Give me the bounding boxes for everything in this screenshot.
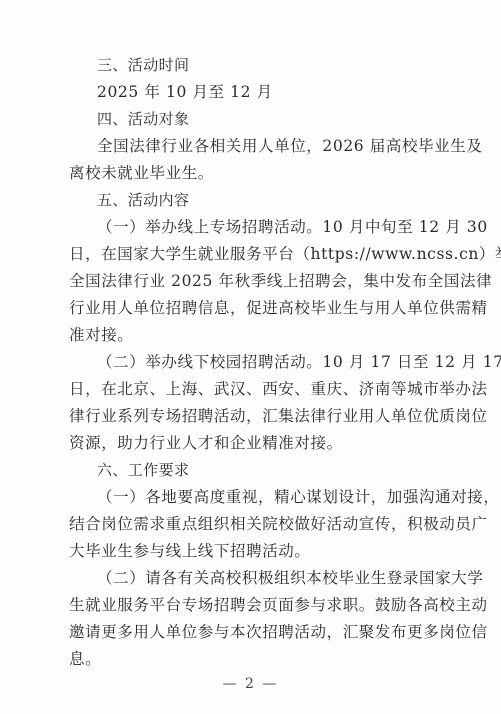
section-heading-content: 五、活动内容	[97, 190, 189, 210]
content-p1-line: 日，在国家大学生就业服务平台（https://www.ncss.cn）举办	[69, 244, 433, 264]
time-body: 2025 年 10 月至 12 月	[97, 82, 433, 102]
requirements-p1-line: 结合岗位需求重点组织相关院校做好活动宣传，积极动员广	[69, 514, 433, 534]
document-page: 三、活动时间 2025 年 10 月至 12 月 四、活动对象 全国法律行业各相…	[0, 0, 501, 714]
requirements-p1-line: （一）各地要高度重视，精心谋划设计，加强沟通对接，	[97, 487, 433, 507]
content-p2-line: 律行业系列专场招聘活动，汇集法律行业用人单位优质岗位	[69, 406, 433, 426]
requirements-p2-line: 息。	[69, 649, 433, 669]
content-p1-line: 准对接。	[69, 325, 433, 345]
content-p2-line: 资源，助力行业人才和企业精准对接。	[69, 433, 433, 453]
target-body-line: 离校未就业毕业生。	[69, 163, 433, 183]
section-heading-time: 三、活动时间	[97, 55, 189, 75]
content-p2-line: （二）举办线下校园招聘活动。10 月 17 日至 12 月 17	[97, 352, 433, 372]
section-heading-target: 四、活动对象	[97, 109, 189, 129]
target-body-line: 全国法律行业各相关用人单位，2026 届高校毕业生及	[97, 136, 433, 156]
content-p1-line: （一）举办线上专场招聘活动。10 月中旬至 12 月 30	[97, 217, 433, 237]
content-p1-line: 行业用人单位招聘信息，促进高校毕业生与用人单位供需精	[69, 298, 433, 318]
section-heading-requirements: 六、工作要求	[97, 460, 189, 480]
content-p1-line: 全国法律行业 2025 年秋季线上招聘会，集中发布全国法律	[69, 271, 433, 291]
requirements-p2-line: （二）请各有关高校积极组织本校毕业生登录国家大学	[97, 568, 433, 588]
requirements-p2-line: 邀请更多用人单位参与本次招聘活动，汇聚发布更多岗位信	[69, 622, 433, 642]
requirements-p1-line: 大毕业生参与线上线下招聘活动。	[69, 541, 433, 561]
page-number: — 2 —	[0, 676, 501, 692]
content-p2-line: 日，在北京、上海、武汉、西安、重庆、济南等城市举办法	[69, 379, 433, 399]
requirements-p2-line: 生就业服务平台专场招聘会页面参与求职。鼓励各高校主动	[69, 595, 433, 615]
